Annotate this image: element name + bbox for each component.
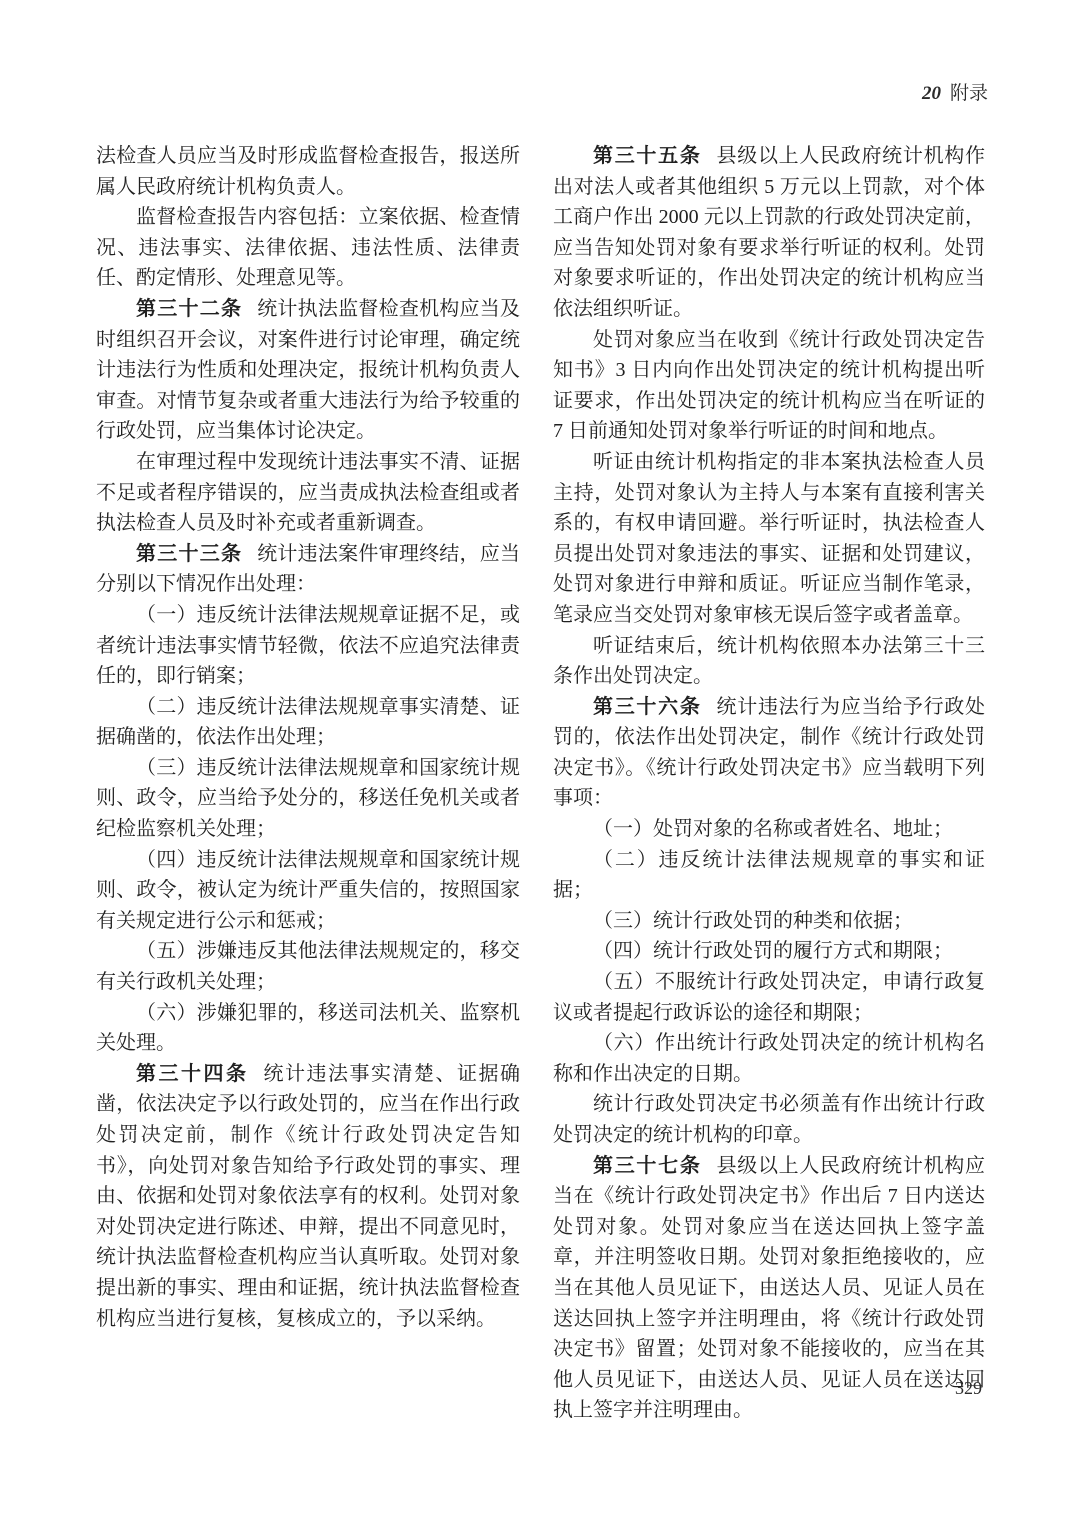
paragraph: （六）作出统计行政处罚决定的统计机构名称和作出决定的日期。 <box>553 1028 985 1089</box>
paragraph: （六）涉嫌犯罪的，移送司法机关、监察机关处理。 <box>96 998 520 1059</box>
right-column: 第三十五条县级以上人民政府统计机构作出对法人或者其他组织 5 万元以上罚款，对个… <box>553 141 985 1426</box>
paragraph: （四）违反统计法律法规规章和国家统计规则、政令，被认定为统计严重失信的，按照国家… <box>96 845 520 937</box>
page-number: 329 <box>955 1378 982 1399</box>
paragraph: 第三十二条统计执法监督检查机构应当及时组织召开会议，对案件进行讨论审理，确定统计… <box>96 294 520 447</box>
paragraph: （一）处罚对象的名称或者姓名、地址； <box>553 814 985 845</box>
paragraph: （四）统计行政处罚的履行方式和期限； <box>553 936 985 967</box>
left-column: 法检查人员应当及时形成监督检查报告，报送所属人民政府统计机构负责人。监督检查报告… <box>96 141 520 1426</box>
paragraph: 第三十五条县级以上人民政府统计机构作出对法人或者其他组织 5 万元以上罚款，对个… <box>553 141 985 325</box>
paragraph: 监督检查报告内容包括：立案依据、检查情况、违法事实、法律依据、违法性质、法律责任… <box>96 202 520 294</box>
paragraph: 法检查人员应当及时形成监督检查报告，报送所属人民政府统计机构负责人。 <box>96 141 520 202</box>
paragraph: 第三十三条统计违法案件审理终结，应当分别以下情况作出处理： <box>96 539 520 600</box>
article-number: 第三十六条 <box>593 696 702 718</box>
paragraph: 听证由统计机构指定的非本案执法检查人员主持，处罚对象认为主持人与本案有直接利害关… <box>553 447 985 631</box>
paragraph: 处罚对象应当在收到《统计行政处罚决定告知书》3 日内向作出处罚决定的统计机构提出… <box>553 325 985 447</box>
running-header: 20附录 <box>922 83 988 105</box>
paragraph: 听证结束后，统计机构依照本办法第三十三条作出处罚决定。 <box>553 631 985 692</box>
paragraph: 统计行政处罚决定书必须盖有作出统计行政处罚决定的统计机构的印章。 <box>553 1089 985 1150</box>
article-number: 第三十二条 <box>136 298 242 320</box>
paragraph: （二）违反统计法律法规规章事实清楚、证据确凿的，依法作出处理； <box>96 692 520 753</box>
paragraph: （一）违反统计法律法规规章证据不足，或者统计违法事实情节轻微，依法不应追究法律责… <box>96 600 520 692</box>
paragraph: 第三十六条统计违法行为应当给予行政处罚的，依法作出处罚决定，制作《统计行政处罚决… <box>553 692 985 814</box>
chapter-number: 20 <box>922 83 941 104</box>
chapter-title: 附录 <box>950 83 988 104</box>
document-page: 20附录 法检查人员应当及时形成监督检查报告，报送所属人民政府统计机构负责人。监… <box>0 0 1074 1520</box>
paragraph: （三）统计行政处罚的种类和依据； <box>553 906 985 937</box>
article-number: 第三十七条 <box>593 1155 702 1177</box>
paragraph: 第三十四条统计违法事实清楚、证据确凿，依法决定予以行政处罚的，应当在作出行政处罚… <box>96 1059 520 1334</box>
article-number: 第三十三条 <box>136 543 242 565</box>
paragraph: （二）违反统计法律法规规章的事实和证据； <box>553 845 985 906</box>
article-number: 第三十四条 <box>136 1063 249 1085</box>
paragraph: 第三十七条县级以上人民政府统计机构应当在《统计行政处罚决定书》作出后 7 日内送… <box>553 1151 985 1426</box>
paragraph: （五）不服统计行政处罚决定，申请行政复议或者提起行政诉讼的途径和期限； <box>553 967 985 1028</box>
text-columns: 法检查人员应当及时形成监督检查报告，报送所属人民政府统计机构负责人。监督检查报告… <box>96 141 985 1426</box>
paragraph: （五）涉嫌违反其他法律法规规定的，移交有关行政机关处理； <box>96 936 520 997</box>
paragraph: （三）违反统计法律法规规章和国家统计规则、政令，应当给予处分的，移送任免机关或者… <box>96 753 520 845</box>
paragraph: 在审理过程中发现统计违法事实不清、证据不足或者程序错误的，应当责成执法检查组或者… <box>96 447 520 539</box>
article-number: 第三十五条 <box>593 145 702 167</box>
